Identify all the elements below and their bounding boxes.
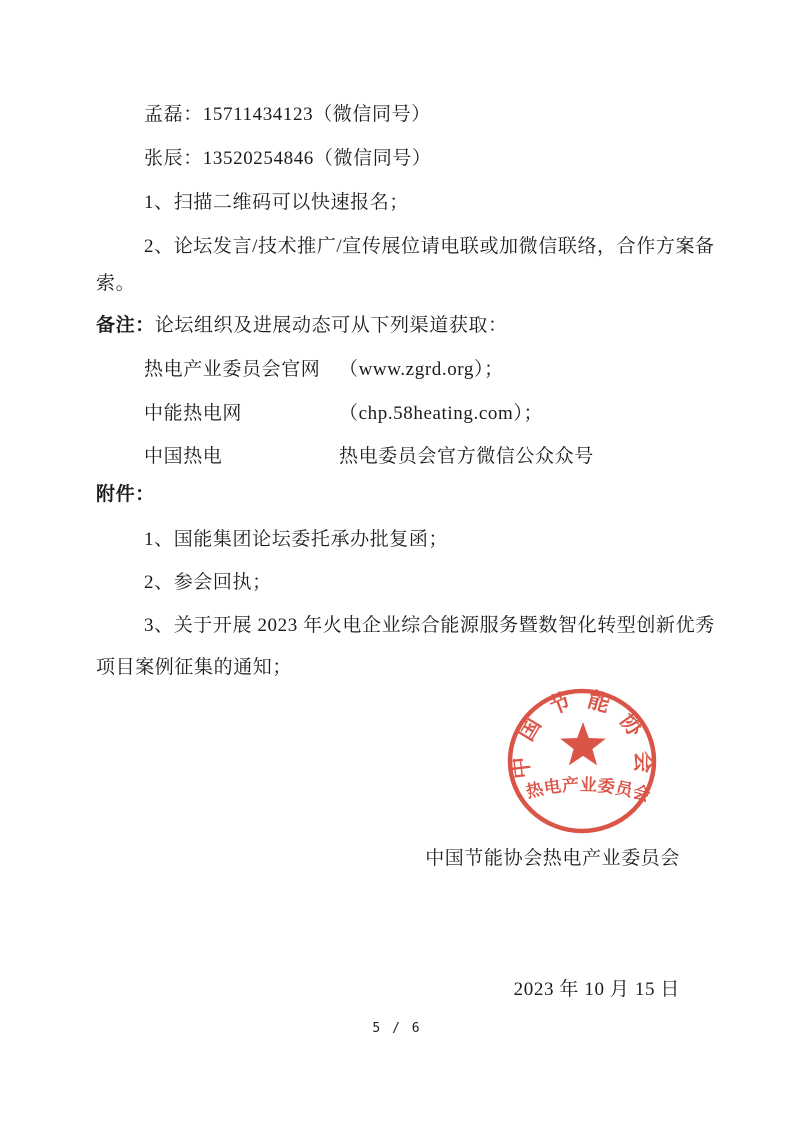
attachment-item-3: 3、关于开展 2023 年火电企业综合能源服务暨数智化转型创新优秀 [96, 604, 708, 647]
note-text: 论坛组织及进展动态可从下列渠道获取： [155, 315, 508, 336]
contact-line-1: 孟磊：15711434123（微信同号） [96, 93, 708, 136]
page-number: 5 / 6 [0, 1021, 794, 1036]
attachments-heading: 附件： [96, 473, 708, 516]
attachment-item-2: 2、参会回执； [96, 561, 708, 604]
document-page: 孟磊：15711434123（微信同号） 张辰：13520254846（微信同号… [0, 0, 794, 1123]
channel-row: 热电产业委员会官网（www.zgrd.org）； [96, 348, 708, 391]
list-item-2-continuation: 索。 [96, 262, 708, 305]
attachment-item-1: 1、国能集团论坛委托承办批复函； [96, 518, 708, 561]
signature-block: 中国节能协会热电产业委员会 2023 年 10 月 15 日 [425, 750, 680, 1098]
channel-value: 热电委员会官方微信公众众号 [339, 446, 594, 467]
list-item-1: 1、扫描二维码可以快速报名； [96, 181, 708, 224]
signature-date: 2023 年 10 月 15 日 [425, 968, 680, 1012]
channel-value: （www.zgrd.org）； [339, 359, 504, 380]
contact-line-2: 张辰：13520254846（微信同号） [96, 137, 708, 180]
channel-row: 中国热电热电委员会官方微信公众众号 [96, 435, 708, 478]
attachment-item-3-continuation: 项目案例征集的通知； [96, 646, 708, 689]
channel-row: 中能热电网（chp.58heating.com）； [96, 392, 708, 435]
channel-name: 中能热电网 [144, 392, 339, 435]
note-label: 备注： [96, 315, 155, 336]
signature-org: 中国节能协会热电产业委员会 [425, 837, 680, 881]
note-line: 备注：论坛组织及进展动态可从下列渠道获取： [96, 304, 708, 347]
channel-name: 中国热电 [144, 435, 339, 478]
channel-value: （chp.58heating.com）； [339, 403, 543, 424]
channel-name: 热电产业委员会官网 [144, 348, 339, 391]
